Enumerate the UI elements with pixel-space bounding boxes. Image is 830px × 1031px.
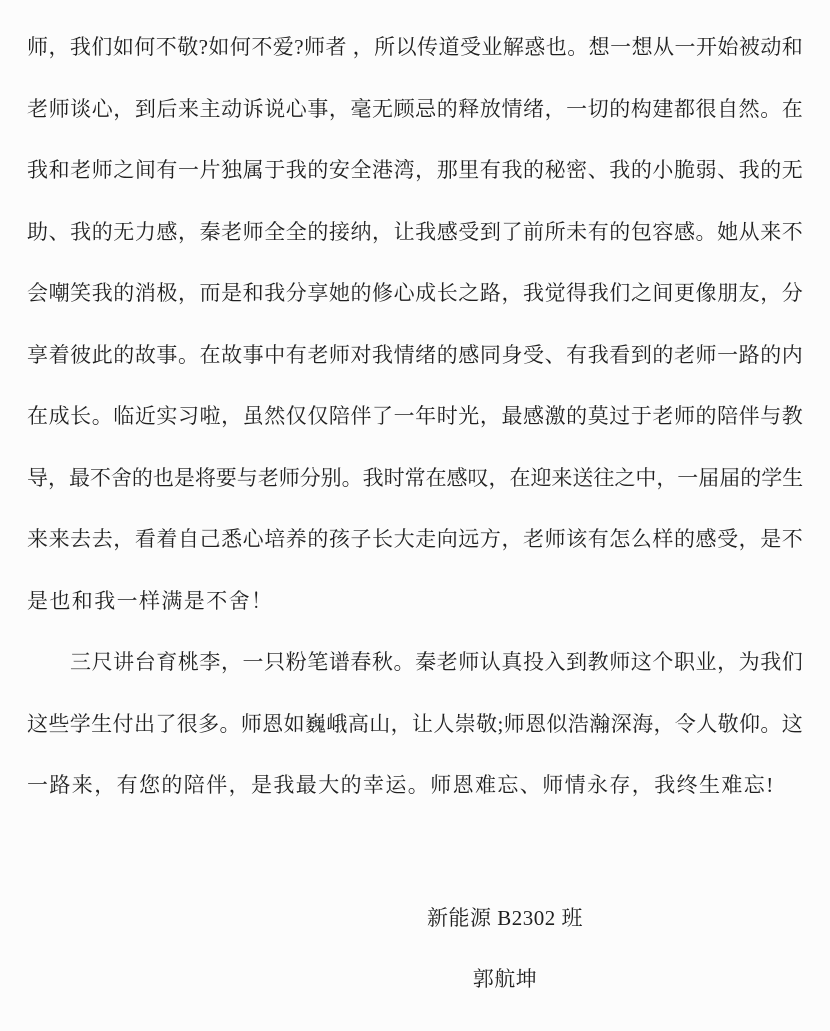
essay-line: 助、我的无力感，秦老师全全的接纳，让我感受到了前所未有的包容感。她从来不 [27, 202, 803, 264]
essay-line: 享着彼此的故事。在故事中有老师对我情绪的感同身受、有我看到的老师一路的内 [27, 325, 803, 387]
essay-line: 三尺讲台育桃李，一只粉笔谱春秋。秦老师认真投入到教师这个职业，为我们 [27, 632, 803, 694]
essay-line: 这些学生付出了很多。师恩如巍峨高山，让人崇敬;师恩似浩瀚深海，令人敬仰。这 [27, 694, 803, 756]
signature-block: 新能源 B2302 班 郭航坤 [207, 888, 803, 1011]
essay-paragraph-2: 三尺讲台育桃李，一只粉笔谱春秋。秦老师认真投入到教师这个职业，为我们 这些学生付… [27, 632, 803, 817]
essay-paragraph-1: 师，我们如何不敬?如何不爱?师者 ，所以传道受业解惑也。想一想从一开始被动和 老… [27, 17, 803, 632]
signature-author-line: 郭航坤 [207, 949, 803, 1011]
essay-line: 会嘲笑我的消极，而是和我分享她的修心成长之路，我觉得我们之间更像朋友，分 [27, 263, 803, 325]
signature-class-line: 新能源 B2302 班 [207, 888, 803, 950]
essay-line: 来来去去，看着自己悉心培养的孩子长大走向远方，老师该有怎么样的感受，是不 [27, 509, 803, 571]
essay-line: 一路来，有您的陪伴，是我最大的幸运。师恩难忘、师情永存，我终生难忘! [27, 755, 803, 817]
essay-line: 导，最不舍的也是将要与老师分别。我时常在感叹，在迎来送往之中，一届届的学生 [27, 448, 803, 510]
essay-line: 在成长。临近实习啦，虽然仅仅陪伴了一年时光，最感激的莫过于老师的陪伴与教 [27, 386, 803, 448]
essay-line: 师，我们如何不敬?如何不爱?师者 ，所以传道受业解惑也。想一想从一开始被动和 [27, 17, 803, 79]
document-page: 师，我们如何不敬?如何不爱?师者 ，所以传道受业解惑也。想一想从一开始被动和 老… [0, 0, 830, 1031]
essay-line: 是也和我一样满是不舍！ [27, 571, 803, 633]
essay-line: 老师谈心，到后来主动诉说心事，毫无顾忌的释放情绪，一切的构建都很自然。在 [27, 79, 803, 141]
essay-line: 我和老师之间有一片独属于我的安全港湾，那里有我的秘密、我的小脆弱、我的无 [27, 140, 803, 202]
